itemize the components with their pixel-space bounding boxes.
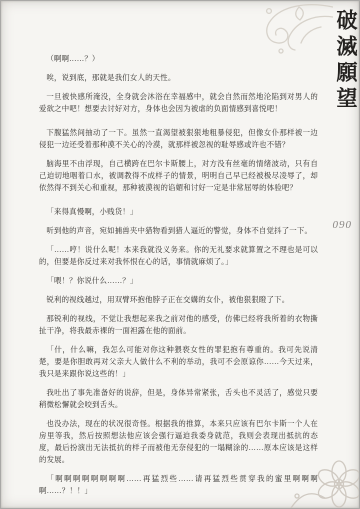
dialogue-paragraph: 「来得真慢啊，小贱货！」 <box>39 206 318 218</box>
paragraph: 唉，说到底，那就是我们女人的天性。 <box>39 72 318 84</box>
novel-text-block: （啊啊……？） 唉，说到底，那就是我们女人的天性。 一旦被快感所淹没，全身就会沐… <box>39 53 318 504</box>
paragraph: 我吐出了事先准备好的说辞，但是，身体异常紧张，舌头也不灵活了，感觉只要稍微松懈就… <box>39 387 318 411</box>
paragraph: （啊啊……？） <box>39 53 318 65</box>
page-number: 090 <box>333 219 353 231</box>
paragraph: 一旦被快感所淹没，全身就会沐浴在幸福感中，就会自然而然地沦陷到对男人的爱欲之中吧… <box>39 91 318 115</box>
paragraph: 脑海里不由浮现，自己横跨在巴尔卡斯腰上，对方没有丝毫的情绪波动，只有自己迫切地咽… <box>39 158 318 194</box>
paragraph: 锐利的视线越过，用双臂环抱他脖子正在交媾的女仆，被他狠狠瞪了下。 <box>39 294 318 306</box>
floral-flourish-icon <box>221 1 333 59</box>
dialogue-paragraph: 「……哼！说什么呢！本来我就没义务来。你的无礼要求就算置之不理也是可以的，但要是… <box>39 244 318 268</box>
paragraph: 也没办法，现在的状况很奇怪。根据我的推算，本来只应该有巴尔卡斯一个人在房里等我，… <box>39 418 318 466</box>
book-title: 破滅願望 <box>335 9 356 113</box>
paragraph: 听到他的声音，宛如捕兽夹中猎物看到猎人逼近的警觉，身体不自觉抖了一下。 <box>39 225 318 237</box>
dialogue-paragraph: 「喂！？你说什么……？」 <box>39 275 318 287</box>
paragraph: 下腹猛然间抽动了一下。虽然一直渴望被狠狠地粗暴侵犯，但像女仆那样被一边侵犯一边还… <box>39 127 318 151</box>
book-page: 破滅願望 090 （啊啊……？） 唉，说到底，那就是我们女人的天性。 一旦被快感… <box>0 0 360 509</box>
paragraph: 那锐利的视线，不觉让我想起来我之前对他的感受，仿佛已经将我所着的衣物撕扯干净，将… <box>39 313 318 337</box>
dialogue-paragraph: 「什，什么嘛，我怎么可能对你这种猥亵女性的罪犯抱有尊重的。我可先说清楚，要是你胆… <box>39 344 318 380</box>
dialogue-paragraph: 「啊啊啊啊啊啊啊啊……再猛烈些……请再猛烈些贯穿我的蜜里啊啊啊啊……？！！」 <box>39 473 318 497</box>
